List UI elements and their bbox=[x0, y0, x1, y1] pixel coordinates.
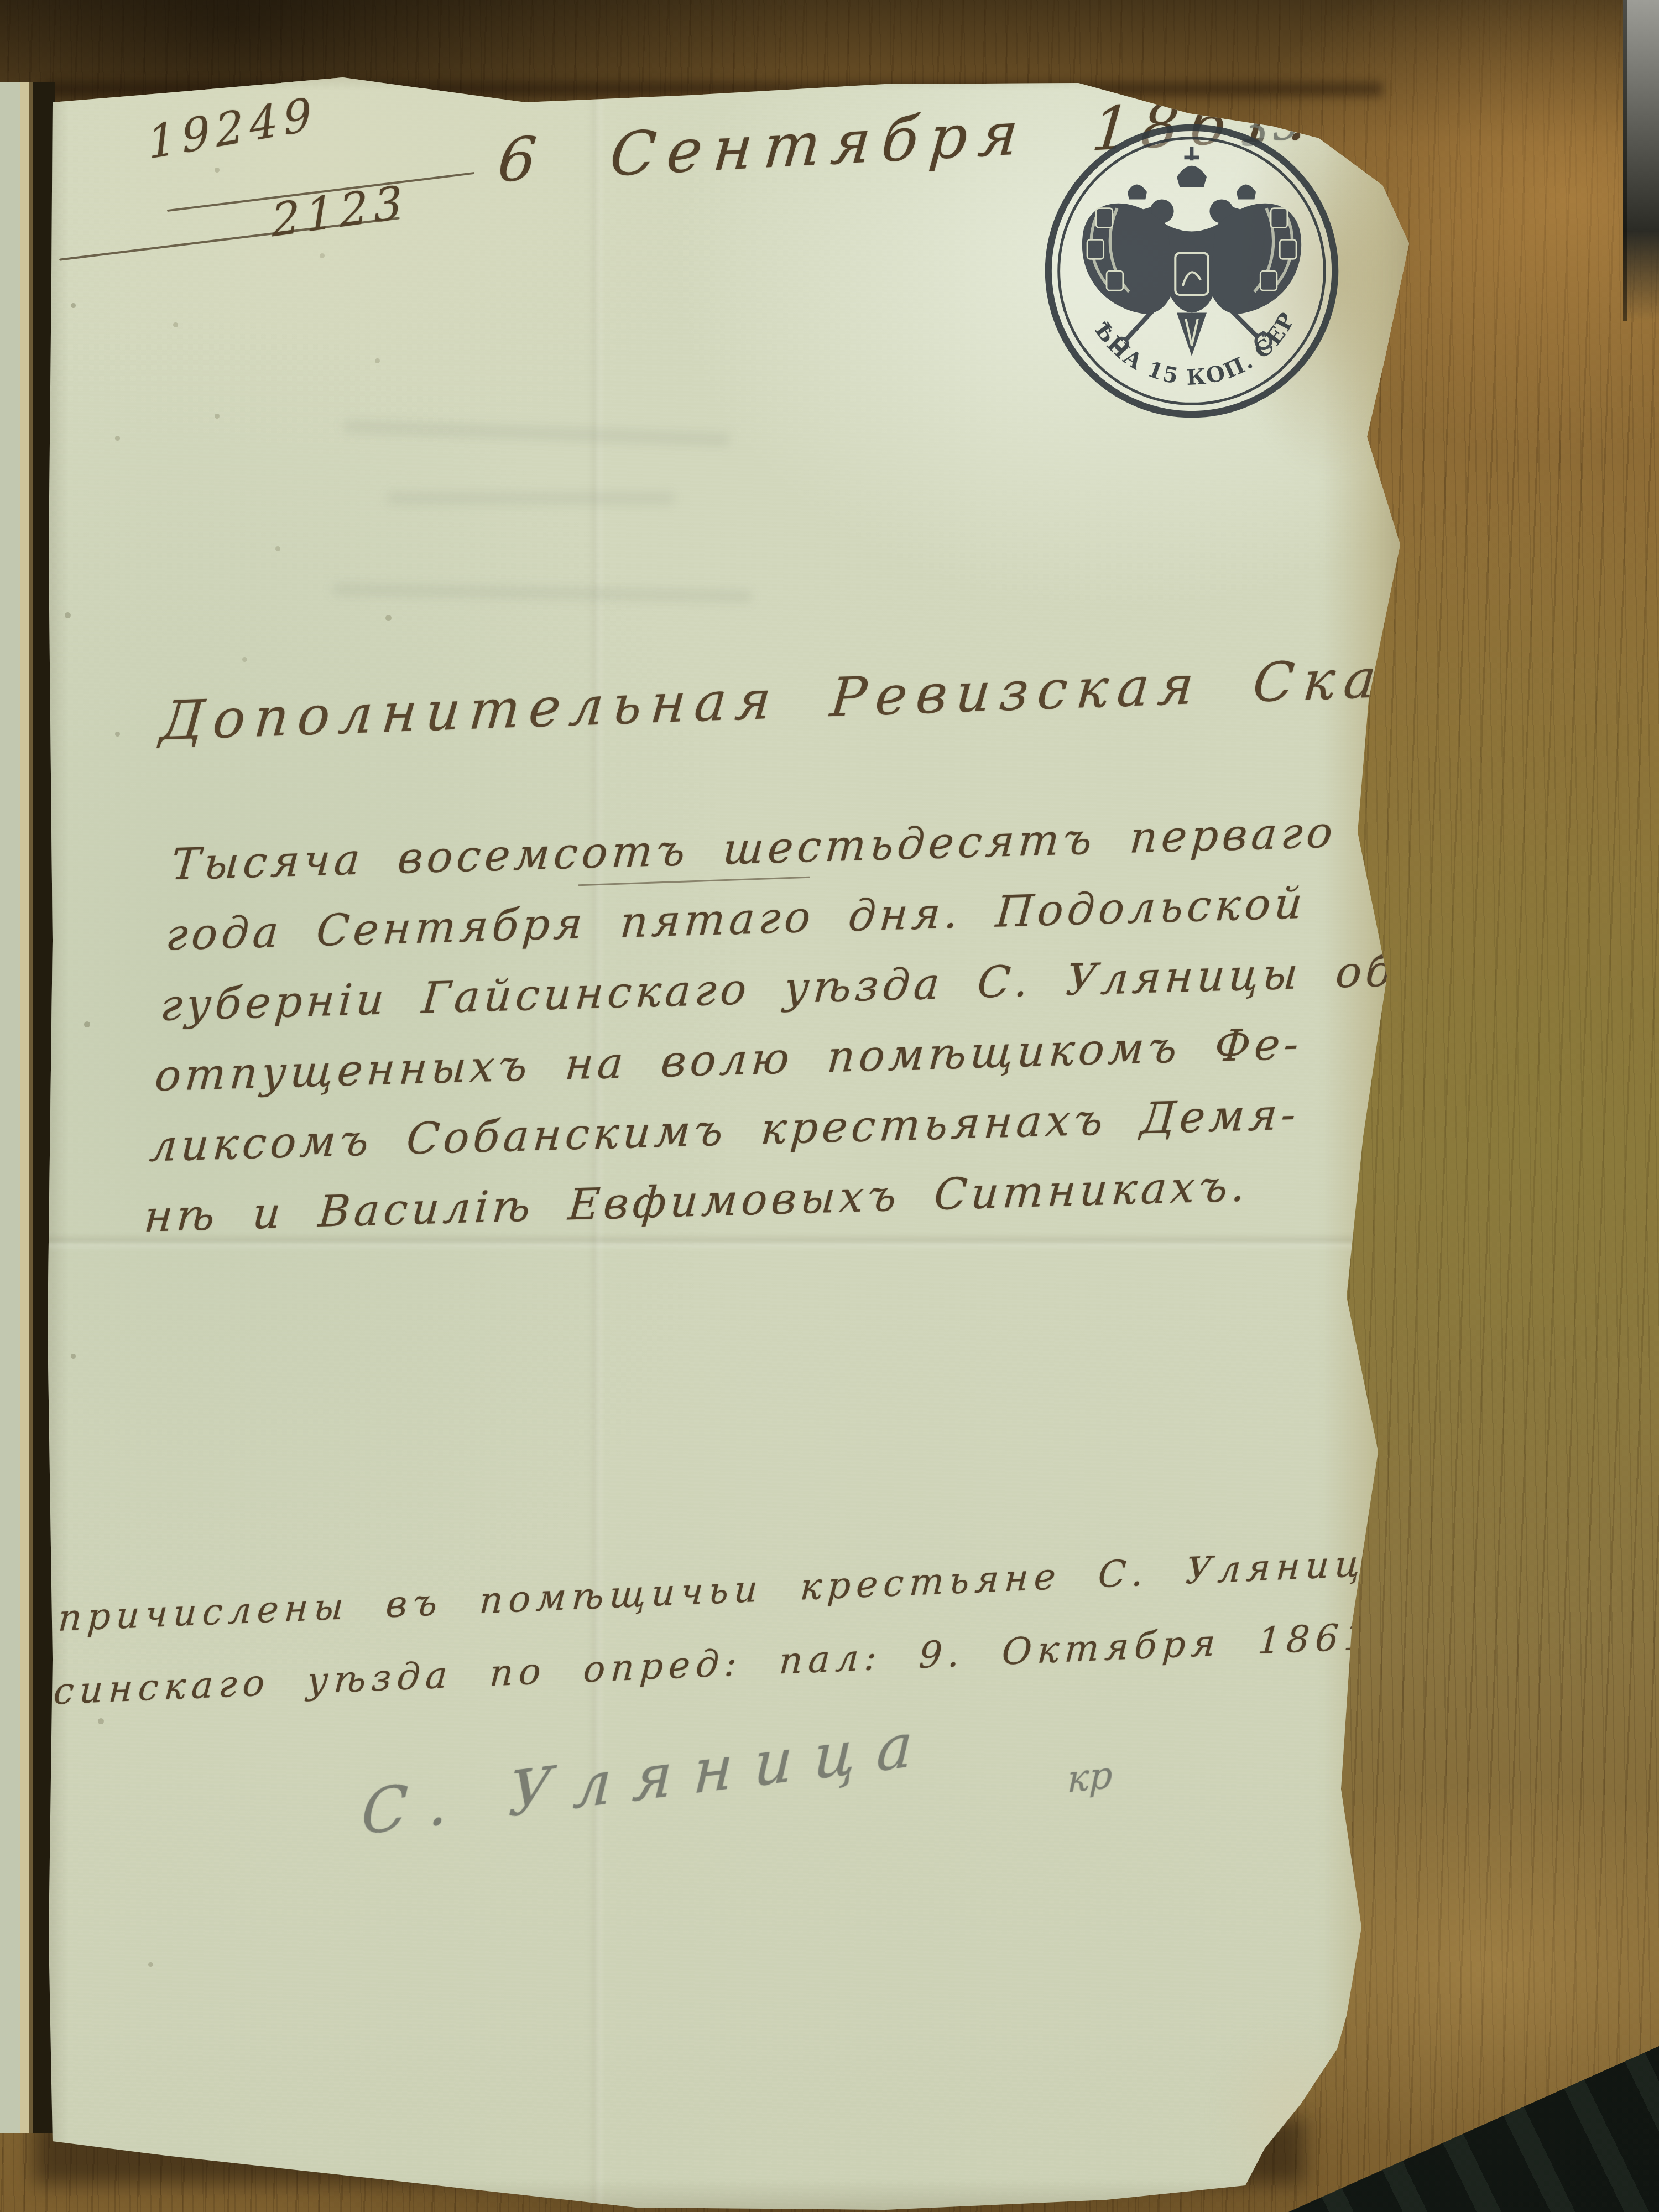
revenue-stamp: ЦѢНА 15 КОП. СЕР. bbox=[1042, 122, 1341, 420]
ink-bleedthrough bbox=[387, 492, 675, 504]
body-paragraph: Тысяча восемсотъ шестьдесятъ перваго год… bbox=[142, 795, 1427, 1253]
adjacent-page-edge bbox=[0, 82, 55, 2133]
photo-scene: 19249 2123 6 Сентября 1861. 35 bbox=[0, 0, 1659, 2212]
dark-object-top-right bbox=[1623, 0, 1659, 321]
document-page: 19249 2123 6 Сентября 1861. 35 bbox=[33, 72, 1427, 2212]
pencil-abbreviation: кр bbox=[1067, 1753, 1113, 1801]
